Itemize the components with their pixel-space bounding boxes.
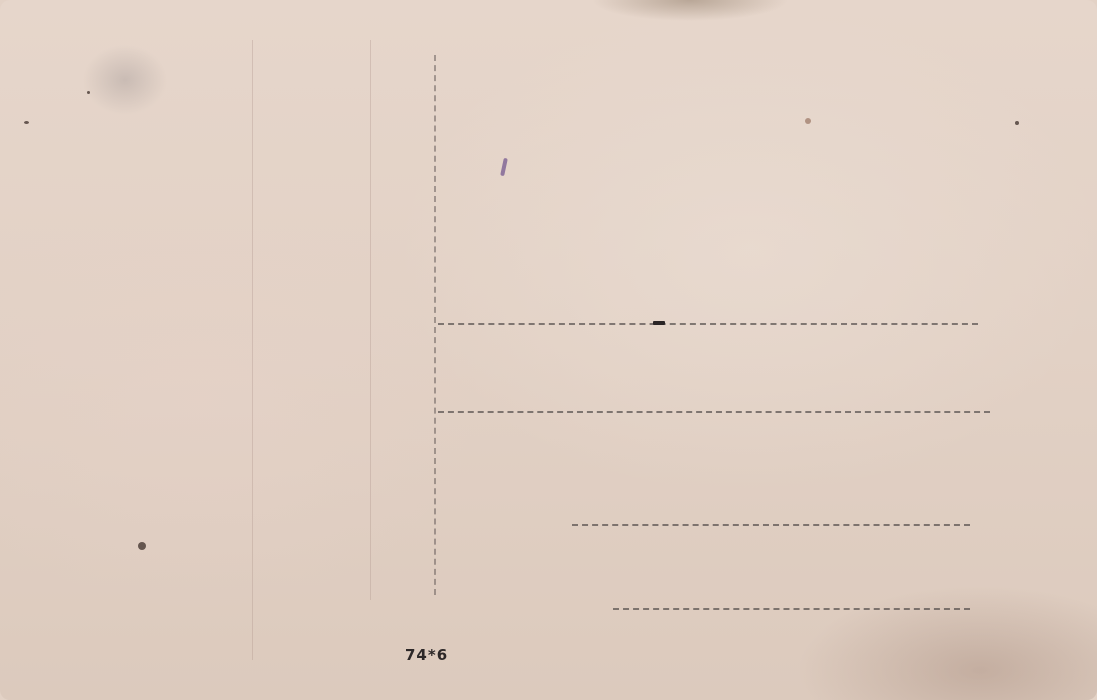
address-line-4 xyxy=(613,608,970,610)
violet-ink-mark xyxy=(500,158,508,176)
address-line-2 xyxy=(438,411,990,413)
stain-spot xyxy=(1015,121,1019,125)
postcard-back: 74*6 xyxy=(0,0,1097,700)
ink-mark xyxy=(653,321,665,325)
vertical-divider-line xyxy=(434,55,436,595)
address-line-3 xyxy=(572,524,970,526)
stain-spot xyxy=(138,542,146,550)
paper-crease xyxy=(252,40,253,660)
paper-crease xyxy=(370,40,371,600)
address-line-1 xyxy=(438,323,978,325)
stain-spot xyxy=(87,91,90,94)
print-number: 74*6 xyxy=(405,646,448,664)
stain-spot xyxy=(805,118,811,124)
stain-spot xyxy=(24,121,29,124)
